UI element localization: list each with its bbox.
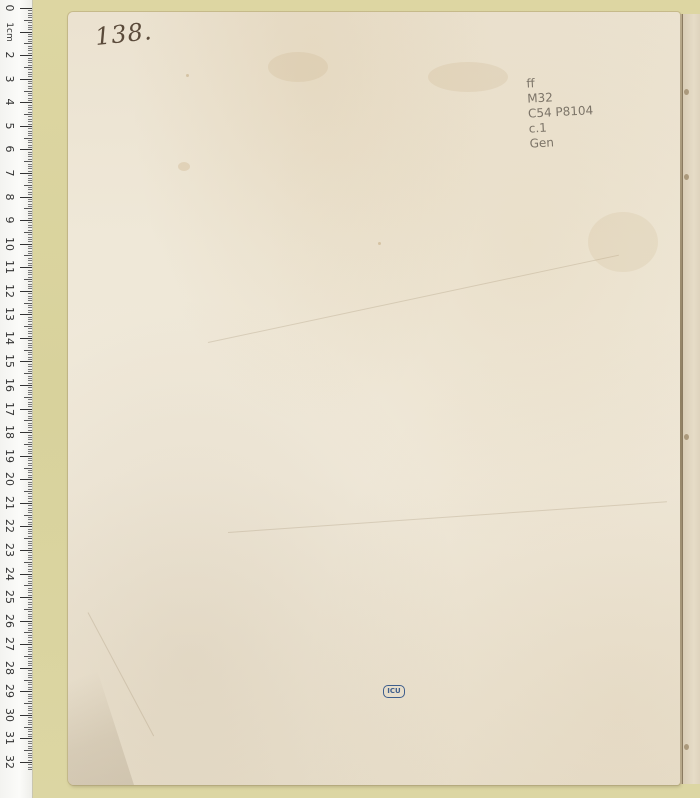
ruler-tick bbox=[28, 533, 32, 534]
ruler-tick bbox=[28, 305, 32, 306]
ruler-tick bbox=[28, 769, 32, 770]
ruler-tick bbox=[20, 691, 32, 692]
ruler-tick bbox=[28, 411, 32, 412]
ruler-tick bbox=[20, 550, 32, 551]
ruler-tick bbox=[28, 736, 32, 737]
ruler-tick bbox=[28, 260, 32, 261]
ruler-tick bbox=[28, 595, 32, 596]
ruler-tick bbox=[20, 291, 32, 292]
ruler-tick bbox=[28, 753, 32, 754]
ruler-tick bbox=[24, 609, 32, 610]
ruler-tick bbox=[28, 510, 32, 511]
ruler-tick bbox=[28, 251, 32, 252]
ruler-tick bbox=[28, 274, 32, 275]
ruler-tick bbox=[28, 331, 32, 332]
ruler-tick bbox=[28, 642, 32, 643]
ruler-tick bbox=[20, 361, 32, 362]
ruler-tick bbox=[20, 149, 32, 150]
ruler-tick bbox=[28, 741, 32, 742]
ruler-tick bbox=[28, 69, 32, 70]
ruler-tick bbox=[28, 557, 32, 558]
ruler-label: 0 bbox=[3, 0, 15, 16]
ruler-label: 32 bbox=[3, 754, 15, 770]
ruler-tick bbox=[28, 416, 32, 417]
ruler-tick bbox=[28, 119, 32, 120]
ruler-tick bbox=[24, 138, 32, 139]
ruler-tick bbox=[28, 156, 32, 157]
ruler-tick bbox=[28, 717, 32, 718]
ruler-tick bbox=[20, 738, 32, 739]
ruler-tick bbox=[28, 493, 32, 494]
ruler-tick bbox=[28, 423, 32, 424]
ruler-tick bbox=[20, 79, 32, 80]
ruler-label: 15 bbox=[3, 353, 15, 369]
paper-crease bbox=[228, 501, 667, 533]
ruler-tick bbox=[24, 632, 32, 633]
ruler-tick bbox=[28, 602, 32, 603]
ruler-tick bbox=[28, 531, 32, 532]
ruler-tick bbox=[28, 107, 32, 108]
ruler-tick bbox=[28, 83, 32, 84]
ruler-tick bbox=[28, 307, 32, 308]
ruler-tick bbox=[28, 404, 32, 405]
ruler-label: 14 bbox=[3, 330, 15, 346]
ruler-tick bbox=[28, 706, 32, 707]
ruler-tick bbox=[28, 211, 32, 212]
ruler-tick bbox=[28, 451, 32, 452]
ruler-tick bbox=[28, 194, 32, 195]
ruler-tick bbox=[28, 696, 32, 697]
ruler-tick bbox=[28, 168, 32, 169]
ruler-tick bbox=[28, 708, 32, 709]
foxing-spot bbox=[268, 52, 328, 82]
ruler-tick bbox=[28, 755, 32, 756]
ruler-tick bbox=[28, 206, 32, 207]
ruler-tick bbox=[28, 684, 32, 685]
ruler-tick bbox=[28, 767, 32, 768]
ruler-tick bbox=[24, 585, 32, 586]
ruler-tick bbox=[20, 314, 32, 315]
ruler-tick bbox=[24, 562, 32, 563]
ruler-tick bbox=[28, 722, 32, 723]
ruler-tick bbox=[28, 649, 32, 650]
ruler-tick bbox=[24, 420, 32, 421]
ruler-tick bbox=[28, 175, 32, 176]
ruler-tick bbox=[28, 293, 32, 294]
ruler-tick bbox=[20, 244, 32, 245]
ruler-tick bbox=[28, 131, 32, 132]
ruler-tick bbox=[28, 263, 32, 264]
ruler-tick bbox=[24, 703, 32, 704]
ruler-tick bbox=[28, 583, 32, 584]
ruler-tick bbox=[28, 484, 32, 485]
ruler-tick bbox=[28, 743, 32, 744]
ruler-tick bbox=[28, 86, 32, 87]
ruler-tick bbox=[28, 22, 32, 23]
ruler-label: 20 bbox=[3, 471, 15, 487]
ruler-tick bbox=[28, 559, 32, 560]
ruler-tick bbox=[28, 746, 32, 747]
ruler-tick bbox=[20, 644, 32, 645]
ruler-tick bbox=[28, 430, 32, 431]
ruler-label: 2 bbox=[3, 47, 15, 63]
ruler-tick bbox=[28, 284, 32, 285]
ruler-tick bbox=[28, 135, 32, 136]
ruler-tick bbox=[28, 465, 32, 466]
ruler-tick bbox=[28, 571, 32, 572]
ruler-tick bbox=[28, 281, 32, 282]
ruler-tick bbox=[28, 164, 32, 165]
ruler-label: 29 bbox=[3, 683, 15, 699]
ruler-tick bbox=[28, 578, 32, 579]
ruler-tick bbox=[28, 522, 32, 523]
ruler-tick bbox=[28, 27, 32, 28]
ruler-tick bbox=[28, 472, 32, 473]
ruler-tick bbox=[28, 512, 32, 513]
ruler-tick bbox=[28, 166, 32, 167]
ruler-tick bbox=[28, 277, 32, 278]
ruler-tick bbox=[28, 449, 32, 450]
ruler-tick bbox=[28, 529, 32, 530]
ruler-tick bbox=[28, 29, 32, 30]
ruler-tick bbox=[28, 152, 32, 153]
ruler-tick bbox=[28, 300, 32, 301]
ruler-tick bbox=[20, 8, 32, 9]
ruler-tick bbox=[20, 173, 32, 174]
ruler-tick bbox=[28, 272, 32, 273]
ruler-tick bbox=[28, 347, 32, 348]
ruler-tick bbox=[28, 505, 32, 506]
ruler-tick bbox=[28, 41, 32, 42]
ruler-tick bbox=[28, 592, 32, 593]
ruler-tick bbox=[28, 470, 32, 471]
ruler-tick bbox=[28, 258, 32, 259]
ruler-tick bbox=[28, 317, 32, 318]
ruler-tick bbox=[20, 338, 32, 339]
ruler-tick bbox=[20, 503, 32, 504]
ruler-tick bbox=[28, 498, 32, 499]
ruler-tick bbox=[24, 397, 32, 398]
ruler-tick bbox=[28, 482, 32, 483]
ruler-tick bbox=[24, 727, 32, 728]
ruler-label: 17 bbox=[3, 401, 15, 417]
ruler-label: 16 bbox=[3, 377, 15, 393]
ruler-tick bbox=[28, 517, 32, 518]
ruler-tick bbox=[28, 658, 32, 659]
ruler-tick bbox=[28, 623, 32, 624]
ruler-tick bbox=[28, 651, 32, 652]
ruler-label: 6 bbox=[3, 141, 15, 157]
ruler-tick bbox=[28, 682, 32, 683]
ruler-tick bbox=[28, 180, 32, 181]
ruler-tick bbox=[28, 543, 32, 544]
ruler-tick bbox=[28, 227, 32, 228]
ruler-tick bbox=[28, 218, 32, 219]
ruler-tick bbox=[28, 713, 32, 714]
ruler-tick bbox=[28, 435, 32, 436]
ruler-label: 26 bbox=[3, 613, 15, 629]
ruler-tick bbox=[24, 255, 32, 256]
ruler-tick bbox=[28, 590, 32, 591]
ruler-label: 22 bbox=[3, 518, 15, 534]
ruler-label: 1cm bbox=[3, 21, 15, 43]
ruler-tick bbox=[28, 654, 32, 655]
ruler-tick bbox=[28, 319, 32, 320]
ruler-tick bbox=[28, 237, 32, 238]
ruler-tick bbox=[24, 208, 32, 209]
ruler-tick bbox=[28, 343, 32, 344]
ruler-label: 30 bbox=[3, 707, 15, 723]
ruler-tick bbox=[28, 246, 32, 247]
ruler-tick bbox=[24, 91, 32, 92]
ruler-label: 19 bbox=[3, 448, 15, 464]
ruler-tick bbox=[28, 720, 32, 721]
ruler-tick bbox=[28, 204, 32, 205]
ruler-tick bbox=[28, 489, 32, 490]
ruler-tick bbox=[28, 298, 32, 299]
ruler-tick bbox=[28, 58, 32, 59]
ruler-tick bbox=[28, 394, 32, 395]
ruler-tick bbox=[28, 36, 32, 37]
ruler-tick bbox=[28, 477, 32, 478]
ruler-tick bbox=[28, 93, 32, 94]
ruler-tick bbox=[28, 100, 32, 101]
ruler-tick bbox=[24, 303, 32, 304]
ruler-tick bbox=[28, 392, 32, 393]
ruler-tick bbox=[28, 637, 32, 638]
ruler-tick bbox=[28, 371, 32, 372]
ruler-tick bbox=[28, 369, 32, 370]
ruler-label: 27 bbox=[3, 636, 15, 652]
ruler-label: 9 bbox=[3, 212, 15, 228]
ruler-tick bbox=[28, 354, 32, 355]
ruler-tick bbox=[28, 62, 32, 63]
ruler-tick bbox=[28, 171, 32, 172]
binding-hole bbox=[684, 434, 689, 440]
ruler-tick bbox=[28, 734, 32, 735]
ruler-tick bbox=[28, 239, 32, 240]
ruler-label: 11 bbox=[3, 259, 15, 275]
ruler-tick bbox=[28, 524, 32, 525]
ruler-tick bbox=[28, 635, 32, 636]
ruler-tick bbox=[28, 566, 32, 567]
ruler-tick bbox=[28, 74, 32, 75]
ruler-tick bbox=[28, 446, 32, 447]
ruler-tick bbox=[28, 383, 32, 384]
ruler-tick bbox=[28, 116, 32, 117]
ruler-tick bbox=[28, 189, 32, 190]
ruler-tick bbox=[28, 670, 32, 671]
ruler-label: 13 bbox=[3, 306, 15, 322]
ruler-tick bbox=[28, 15, 32, 16]
paper-crease bbox=[208, 255, 619, 343]
ruler-tick bbox=[28, 555, 32, 556]
ruler-tick bbox=[28, 607, 32, 608]
adjacent-page-edge bbox=[682, 14, 700, 784]
ruler-tick bbox=[20, 126, 32, 127]
ruler-tick bbox=[28, 399, 32, 400]
ruler-tick bbox=[20, 55, 32, 56]
ruler-label: 5 bbox=[3, 118, 15, 134]
ruler-tick bbox=[28, 665, 32, 666]
ruler-tick bbox=[28, 439, 32, 440]
ruler-tick bbox=[28, 548, 32, 549]
ruler-tick bbox=[28, 53, 32, 54]
ruler-tick bbox=[24, 67, 32, 68]
ruler-tick bbox=[28, 50, 32, 51]
ruler-tick bbox=[28, 199, 32, 200]
ruler-tick bbox=[28, 270, 32, 271]
ruler-tick bbox=[28, 201, 32, 202]
ruler-tick bbox=[28, 576, 32, 577]
ruler-tick bbox=[28, 333, 32, 334]
ruler-tick bbox=[28, 757, 32, 758]
ruler-tick bbox=[20, 526, 32, 527]
ruler-tick bbox=[28, 378, 32, 379]
ruler-tick bbox=[28, 425, 32, 426]
ruler-tick bbox=[28, 213, 32, 214]
ruler-tick bbox=[28, 760, 32, 761]
ruler-tick bbox=[28, 748, 32, 749]
ruler-label: 18 bbox=[3, 424, 15, 440]
ruler-tick bbox=[28, 60, 32, 61]
ruler-tick bbox=[28, 486, 32, 487]
ruler-tick bbox=[28, 145, 32, 146]
ruler-tick bbox=[28, 698, 32, 699]
ruler-tick bbox=[28, 552, 32, 553]
ruler-tick bbox=[28, 442, 32, 443]
ruler-tick bbox=[28, 112, 32, 113]
ruler-label: 23 bbox=[3, 542, 15, 558]
ruler-label: 24 bbox=[3, 566, 15, 582]
ruler-tick bbox=[28, 618, 32, 619]
ruler-tick bbox=[20, 456, 32, 457]
ruler-tick bbox=[28, 402, 32, 403]
ruler-tick bbox=[28, 288, 32, 289]
ruler-tick bbox=[28, 625, 32, 626]
ruler-tick bbox=[28, 687, 32, 688]
ruler-tick bbox=[28, 541, 32, 542]
ruler-tick bbox=[20, 715, 32, 716]
ruler-tick bbox=[28, 140, 32, 141]
ruler-tick bbox=[28, 121, 32, 122]
ruler-tick bbox=[28, 76, 32, 77]
ruler-tick bbox=[24, 326, 32, 327]
ruler-tick bbox=[24, 232, 32, 233]
ruler-tick bbox=[20, 762, 32, 763]
ruler-tick bbox=[28, 376, 32, 377]
ruler-tick bbox=[28, 128, 32, 129]
ruler-label: 21 bbox=[3, 495, 15, 511]
ruler-label: 28 bbox=[3, 660, 15, 676]
ruler-label: 7 bbox=[3, 165, 15, 181]
ruler-tick bbox=[20, 102, 32, 103]
ruler-tick bbox=[28, 13, 32, 14]
ruler-tick bbox=[28, 296, 32, 297]
ruler-tick bbox=[28, 182, 32, 183]
ruler-tick bbox=[28, 248, 32, 249]
binding-hole bbox=[684, 174, 689, 180]
ruler-tick bbox=[28, 95, 32, 96]
ruler-tick bbox=[24, 491, 32, 492]
ruler-tick bbox=[28, 17, 32, 18]
ruler-tick bbox=[24, 373, 32, 374]
ruler-tick bbox=[28, 387, 32, 388]
ruler-tick bbox=[28, 364, 32, 365]
ruler-tick bbox=[28, 406, 32, 407]
ruler-tick bbox=[28, 380, 32, 381]
ruler-tick bbox=[20, 621, 32, 622]
ruler-tick bbox=[20, 597, 32, 598]
foxing-spot bbox=[378, 242, 381, 245]
ruler-tick bbox=[20, 267, 32, 268]
ruler-tick bbox=[28, 694, 32, 695]
ruler-tick bbox=[28, 475, 32, 476]
ruler-tick bbox=[24, 680, 32, 681]
ruler-tick bbox=[28, 710, 32, 711]
ruler-tick bbox=[24, 161, 32, 162]
ruler-label: 25 bbox=[3, 589, 15, 605]
ruler-tick bbox=[28, 458, 32, 459]
ruler-tick bbox=[28, 614, 32, 615]
ruler-tick bbox=[28, 519, 32, 520]
ruler-tick bbox=[28, 234, 32, 235]
ruler-tick bbox=[28, 48, 32, 49]
foxing-spot bbox=[588, 212, 658, 272]
ruler-tick bbox=[28, 604, 32, 605]
ruler-tick bbox=[28, 413, 32, 414]
ruler-tick bbox=[28, 581, 32, 582]
ruler-tick bbox=[20, 409, 32, 410]
ruler-tick bbox=[20, 385, 32, 386]
ruler-tick bbox=[24, 468, 32, 469]
ruler-tick bbox=[28, 640, 32, 641]
ruler-tick bbox=[28, 215, 32, 216]
library-stamp: ICU bbox=[383, 685, 405, 698]
ruler-tick bbox=[28, 265, 32, 266]
ruler-tick bbox=[28, 109, 32, 110]
ruler-tick bbox=[28, 729, 32, 730]
foxing-spot bbox=[428, 62, 508, 92]
ruler-tick bbox=[28, 764, 32, 765]
ruler-label: 8 bbox=[3, 189, 15, 205]
ruler-tick bbox=[28, 321, 32, 322]
ruler-tick bbox=[28, 88, 32, 89]
ruler-tick bbox=[28, 427, 32, 428]
ruler-tick bbox=[24, 43, 32, 44]
ruler-tick bbox=[20, 574, 32, 575]
ruler-tick bbox=[24, 750, 32, 751]
ruler-tick bbox=[28, 345, 32, 346]
ruler-tick bbox=[28, 496, 32, 497]
ruler-tick bbox=[28, 673, 32, 674]
ruler-tick bbox=[28, 81, 32, 82]
ruler-tick bbox=[28, 588, 32, 589]
ruler-tick bbox=[28, 222, 32, 223]
ruler-tick bbox=[28, 366, 32, 367]
foxing-spot bbox=[178, 162, 190, 171]
ruler-tick bbox=[20, 668, 32, 669]
ruler-label: 10 bbox=[3, 236, 15, 252]
ruler-tick bbox=[20, 479, 32, 480]
ruler-tick bbox=[28, 46, 32, 47]
ruler-tick bbox=[28, 663, 32, 664]
ruler-tick bbox=[28, 677, 32, 678]
ruler-tick bbox=[28, 253, 32, 254]
ruler-tick bbox=[28, 616, 32, 617]
ruler-tick bbox=[24, 279, 32, 280]
ruler-tick bbox=[28, 178, 32, 179]
